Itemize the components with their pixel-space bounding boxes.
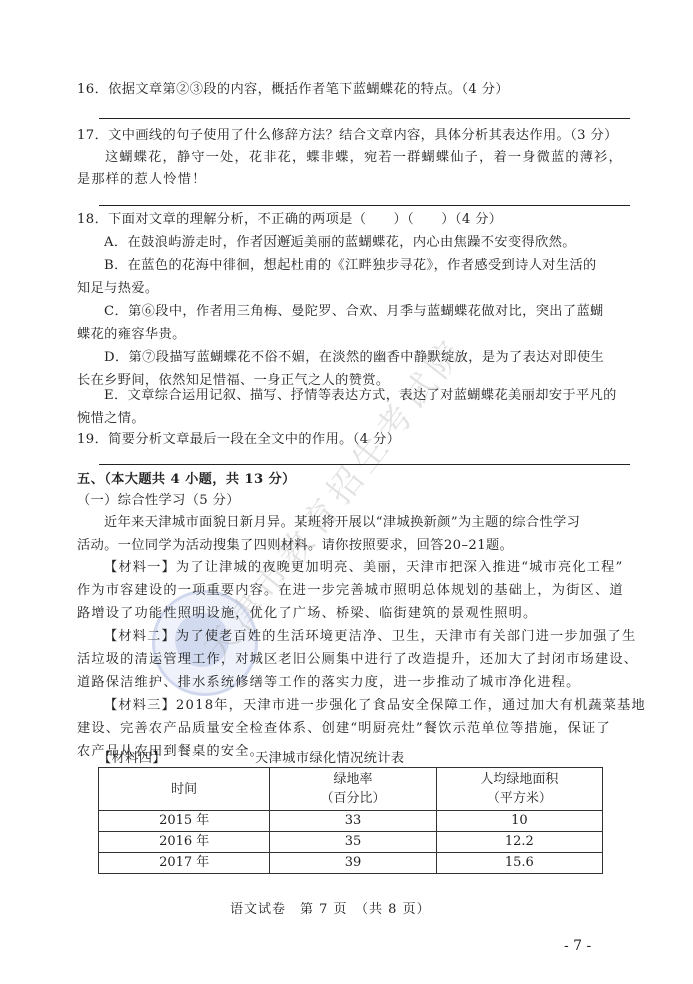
material-2-line-2: 活垃圾的清运管理工作，对城区老旧公厕集中进行了改造提升，还加大了封闭市场建设、 bbox=[77, 650, 638, 670]
question-18-suffix: 的两项是（ ）（ ）（4 分） bbox=[298, 212, 502, 227]
header-green-rate: 绿地率 （百分比） bbox=[270, 768, 436, 811]
question-18: 18．下面对文章的理解分析，不正确的两项是（ ）（ ）（4 分） bbox=[77, 210, 502, 230]
cell-year: 2017 年 bbox=[99, 853, 270, 874]
emphasis-not-correct: 不正确 bbox=[258, 212, 299, 227]
option-c-line1: C．第⑥段中，作者用三角梅、曼陀罗、合欢、月季与蓝蝴蝶花做对比，突出了蓝蝴 bbox=[104, 302, 604, 322]
material-2-line-3: 道路保洁维护、排水系统修缮等工作的落实力度，进一步推动了城市净化进程。 bbox=[77, 673, 581, 693]
option-b-line1: B．在蓝色的花海中徘徊，想起杜甫的《江畔独步寻花》，作者感受到诗人对生活的 bbox=[104, 256, 597, 276]
cell-per-capita: 12.2 bbox=[436, 832, 602, 853]
cell-green-rate: 33 bbox=[270, 811, 436, 832]
material-1-line-1: 【材料一】为了让津城的夜晚更加明亮、美丽，天津市把深入推进“城市亮化工程” bbox=[104, 558, 623, 578]
material-3-line-1: 【材料三】2018年，天津市进一步强化了食品安全保障工作，通过加大有机蔬菜基地 bbox=[104, 696, 646, 716]
answer-line-19 bbox=[99, 464, 630, 465]
section-title: 五、（本大题共 4 小题，共 13 分） bbox=[77, 470, 296, 490]
table-title: 天津城市绿化情况统计表 bbox=[255, 749, 404, 769]
material-1-line-2: 作为市容建设的一项重要内容。在进一步完善城市照明总体规划的基础上，为街区、道 bbox=[77, 581, 624, 601]
table-row: 2015 年 33 10 bbox=[99, 811, 603, 832]
material-4-label: 【材料四】 bbox=[98, 749, 166, 769]
header-per-capita: 人均绿地面积 （平方米） bbox=[436, 768, 602, 811]
option-e-line1: E．文章综合运用记叙、描写、抒情等表达方式，表达了对蓝蝴蝶花美丽却安于平凡的 bbox=[104, 386, 617, 406]
cell-per-capita: 15.6 bbox=[436, 853, 602, 874]
material-3-line-2: 建设、完善农产品质量安全检查体系、创建“明厨亮灶”餐饮示范单位等措施，保证了 bbox=[77, 719, 611, 739]
material-1-line-3: 路增设了功能性照明设施，优化了广场、桥梁、临街建筑的景观性照明。 bbox=[77, 604, 537, 624]
quote-line-1: 这蝴蝶花，静守一处，花非花，蝶非蝶，宛若一群蝴蝶仙子，着一身微蓝的薄衫， bbox=[105, 148, 623, 168]
page-number: - 7 - bbox=[564, 938, 591, 954]
question-19: 19．简要分析文章最后一段在全文中的作用。（4 分） bbox=[77, 430, 400, 450]
header-per-capita-line1: 人均绿地面积 bbox=[437, 770, 602, 789]
material-2-line-1: 【材料二】为了使老百姓的生活环境更洁净、卫生，天津市有关部门进一步加强了生 bbox=[104, 627, 636, 647]
table-header-row: 时间 绿地率 （百分比） 人均绿地面积 （平方米） bbox=[99, 768, 603, 811]
header-green-rate-line1: 绿地率 bbox=[270, 770, 435, 789]
intro-line-1: 近年来天津城市面貌日新月异。某班将开展以“津城换新颜”为主题的综合性学习 bbox=[104, 513, 580, 533]
cell-per-capita: 10 bbox=[436, 811, 602, 832]
table-row: 2016 年 35 12.2 bbox=[99, 832, 603, 853]
greening-stats-table: 时间 绿地率 （百分比） 人均绿地面积 （平方米） 2015 年 33 10 2… bbox=[98, 767, 603, 874]
cell-year: 2015 年 bbox=[99, 811, 270, 832]
question-16: 16．依据文章第②③段的内容，概括作者笔下蓝蝴蝶花的特点。（4 分） bbox=[77, 80, 509, 100]
answer-line-17 bbox=[99, 205, 630, 206]
question-18-prefix: 18．下面对文章的理解分析， bbox=[77, 212, 258, 227]
option-e-line2: 惋惜之情。 bbox=[77, 409, 145, 429]
cell-green-rate: 35 bbox=[270, 832, 436, 853]
header-green-rate-line2: （百分比） bbox=[270, 789, 435, 808]
exam-page: 天津市教育招生考试院 16．依据文章第②③段的内容，概括作者笔下蓝蝴蝶花的特点。… bbox=[0, 0, 693, 984]
option-b-line2: 知足与热爱。 bbox=[77, 279, 159, 299]
option-d-line1: D．第⑦段描写蓝蝴蝶花不俗不媚，在淡然的幽香中静默绽放，是为了表达对即使生 bbox=[104, 348, 604, 368]
cell-year: 2016 年 bbox=[99, 832, 270, 853]
table-row: 2017 年 39 15.6 bbox=[99, 853, 603, 874]
header-per-capita-line2: （平方米） bbox=[437, 789, 602, 808]
section-subtitle: （一）综合性学习（5 分） bbox=[77, 491, 240, 511]
option-a: A．在鼓浪屿游走时，作者因邂逅美丽的蓝蝴蝶花，内心由焦躁不安变得欣然。 bbox=[104, 233, 576, 253]
answer-line-16 bbox=[99, 118, 630, 119]
quote-line-2: 是那样的惹人怜惜！ bbox=[77, 170, 207, 190]
question-17: 17．文中画线的句子使用了什么修辞方法？结合文章内容，具体分析其表达作用。（3 … bbox=[77, 126, 618, 146]
cell-green-rate: 39 bbox=[270, 853, 436, 874]
intro-line-2: 活动。一位同学为活动搜集了四则材料。请你按照要求，回答20–21题。 bbox=[77, 536, 513, 556]
page-footer: 语文试卷 第 7 页 （共 8 页） bbox=[230, 898, 431, 917]
option-c-line2: 蝶花的雍容华贵。 bbox=[77, 325, 186, 345]
header-time: 时间 bbox=[99, 768, 270, 811]
